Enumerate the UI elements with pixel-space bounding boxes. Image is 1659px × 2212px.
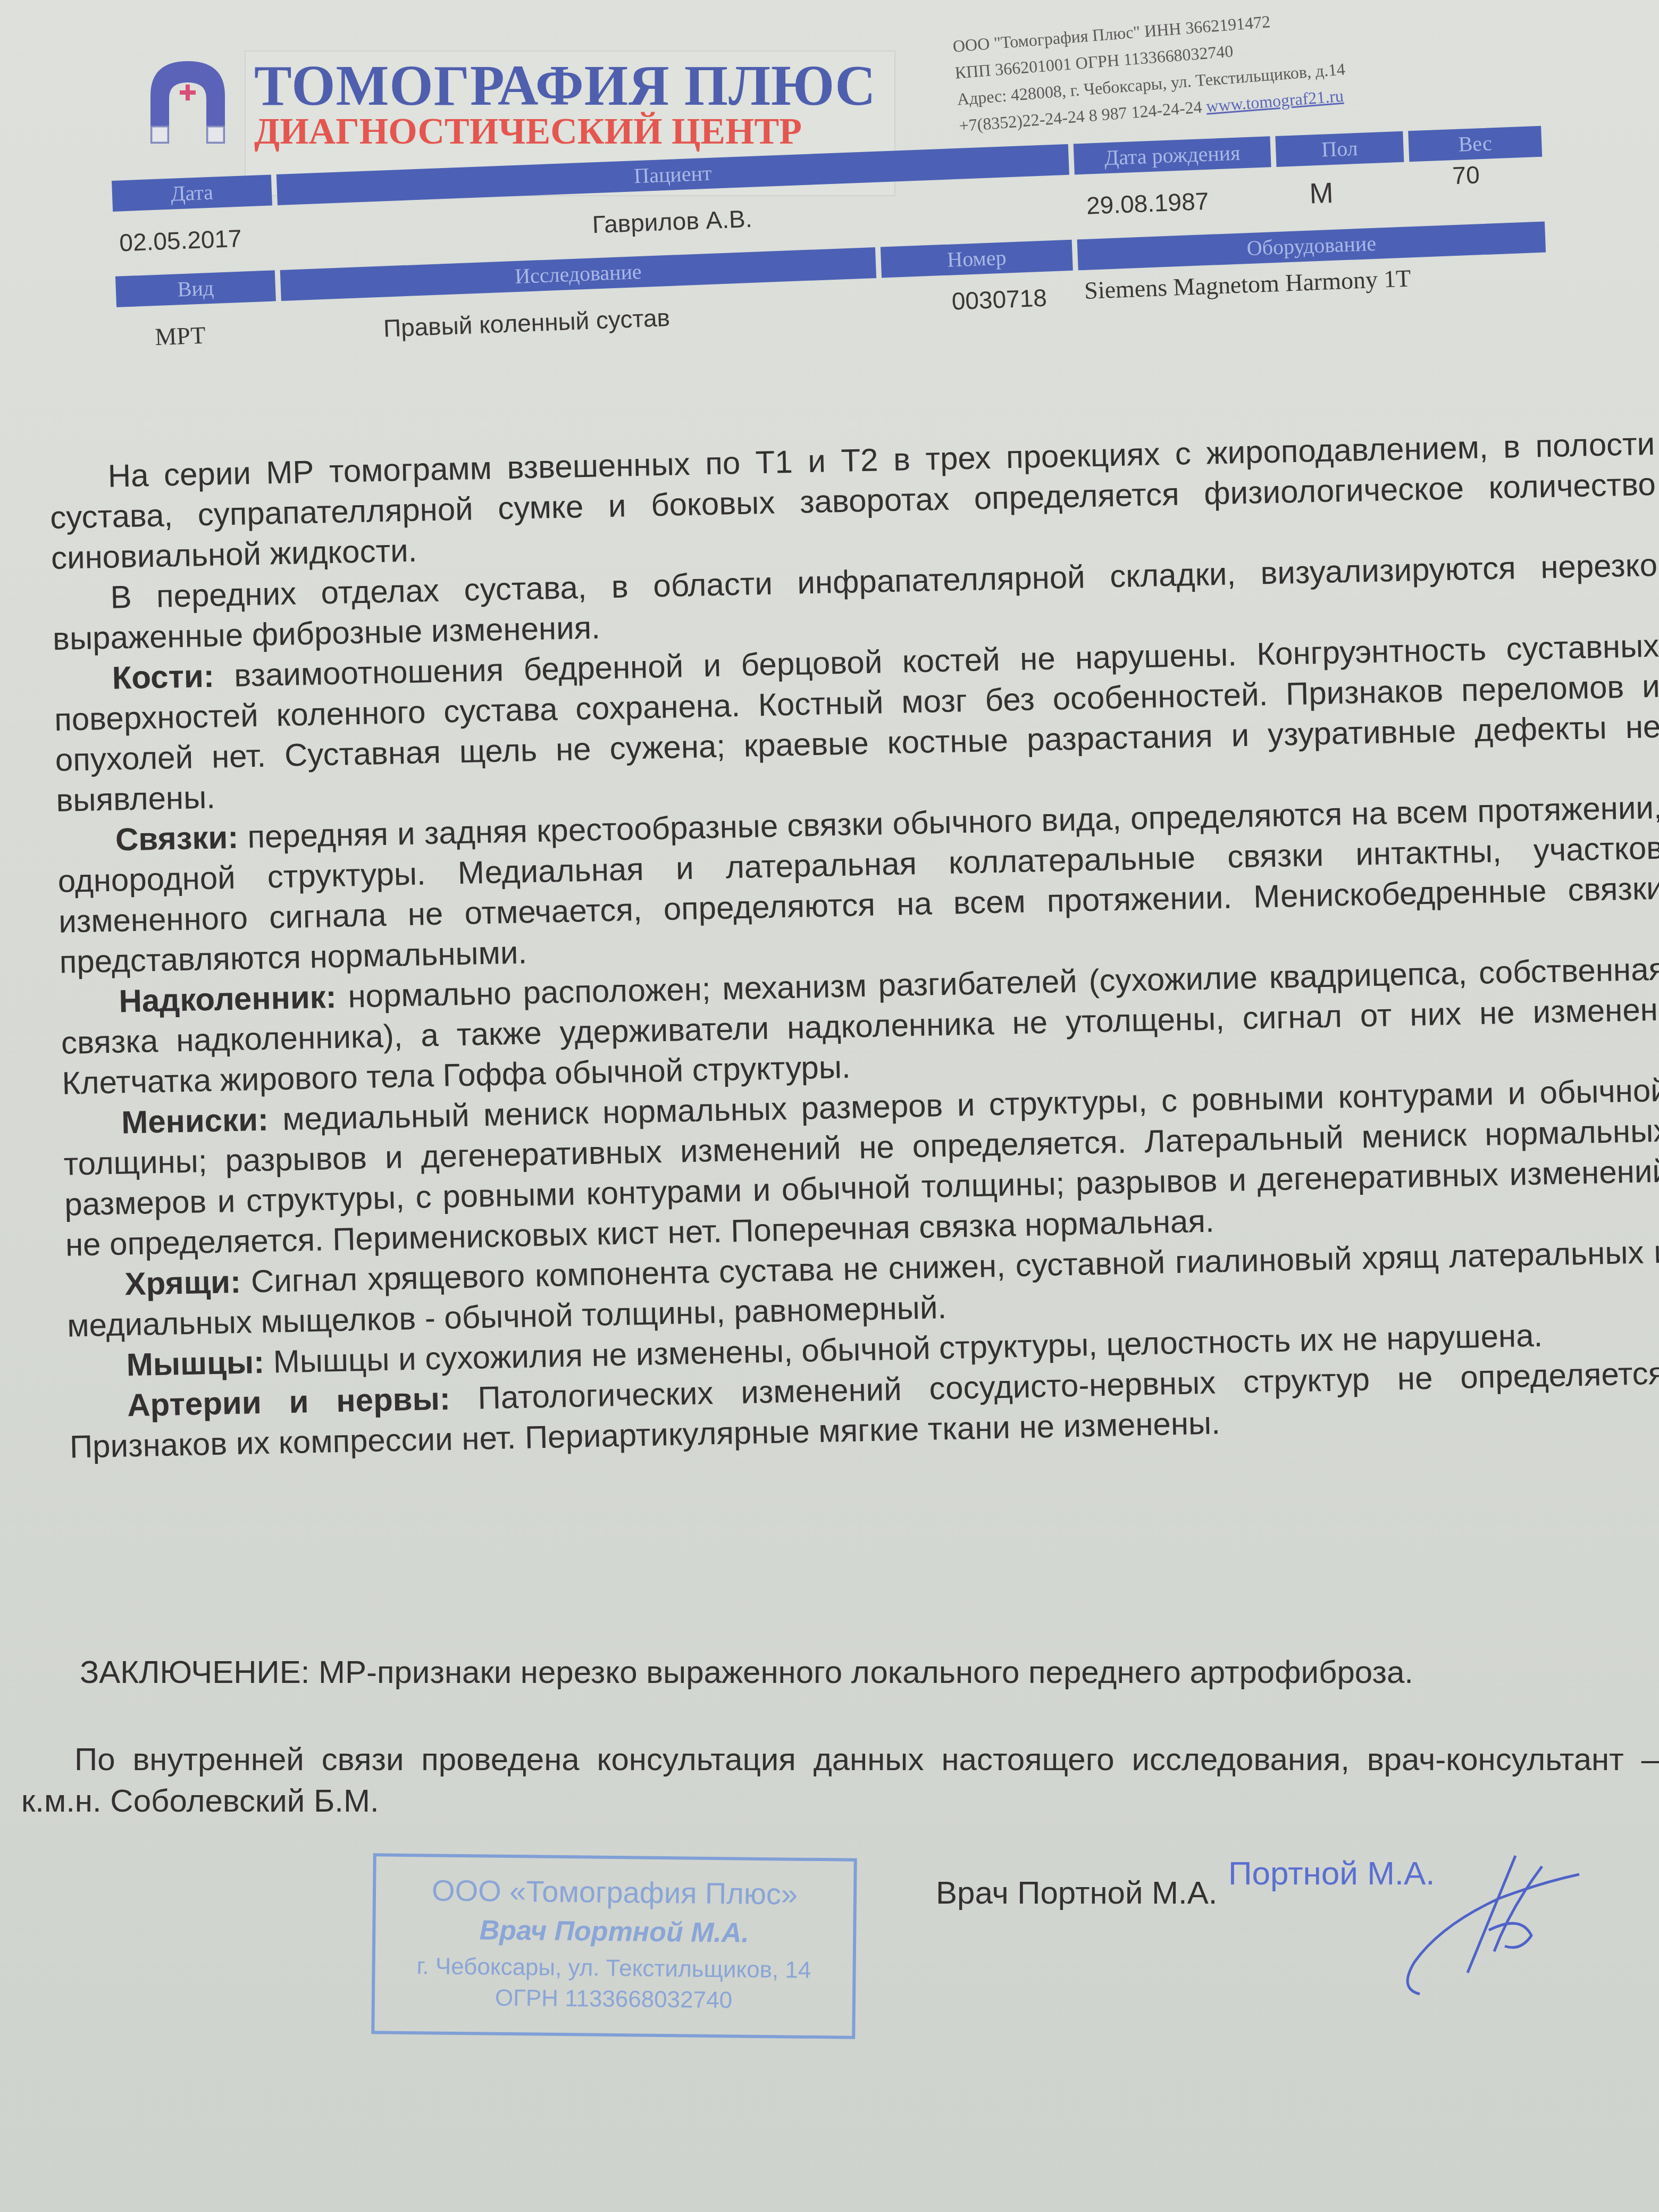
section-text: взаимоотношения бедренной и берцовой кос…	[54, 628, 1659, 818]
doctor-name-printed: Врач Портной М.А.	[936, 1874, 1217, 1911]
section-title: Артерии и нервы:	[127, 1381, 451, 1423]
header-equipment: Оборудование	[1077, 222, 1546, 271]
company-contacts: ООО "Томография Плюс" ИНН 3662191472 КПП…	[952, 0, 1522, 139]
header-weight: Вес	[1408, 126, 1542, 162]
brand-title: ТОМОГРАФИЯ ПЛЮС	[254, 53, 876, 119]
value-birth-date: 29.08.1987	[1086, 187, 1209, 220]
section-title: Хрящи:	[124, 1264, 241, 1302]
report-body: На серии МР томограмм взвешенных по Т1 и…	[49, 424, 1659, 1468]
value-equipment: Siemens Magnetom Harmony 1T	[1084, 264, 1411, 305]
value-study: Правый коленный сустав	[383, 303, 671, 343]
header-birth-date: Дата рождения	[1074, 136, 1271, 174]
consultation-note: По внутренней связи проведена консультац…	[21, 1739, 1659, 1822]
consultation-text: По внутренней связи проведена консультац…	[21, 1739, 1659, 1822]
section-bones: Кости: взаимоотношения бедренной и берцо…	[53, 626, 1659, 821]
header-type: Вид	[115, 270, 276, 307]
section-title: Надколенник:	[119, 979, 337, 1019]
section-menisci: Мениски: медиальный мениск нормальных ра…	[62, 1070, 1659, 1265]
section-text: медиальный мениск нормальных размеров и …	[63, 1072, 1659, 1262]
section-title: Кости:	[112, 658, 214, 696]
clinic-stamp: ООО «Томография Плюс» Врач Портной М.А. …	[371, 1853, 857, 2039]
stamp-ogrn: ОГРН 1133668032740	[375, 1983, 852, 2015]
header-number: Номер	[881, 240, 1073, 278]
section-ligaments: Связки: передняя и задняя крестообразные…	[56, 787, 1659, 983]
brand-subtitle: ДИАГНОСТИЧЕСКИЙ ЦЕНТР	[254, 111, 802, 153]
value-sex: М	[1309, 177, 1334, 211]
section-text: передняя и задняя крестообразные связки …	[57, 790, 1659, 980]
value-type: МРТ	[154, 321, 206, 351]
header-study: Исследование	[280, 247, 876, 301]
magnet-with-cross-icon	[137, 53, 238, 149]
header-date: Дата	[112, 174, 272, 211]
header-sex: Пол	[1275, 131, 1404, 167]
value-date: 02.05.2017	[119, 224, 242, 257]
section-title: Связки:	[115, 819, 239, 858]
value-number: 0030718	[951, 283, 1048, 316]
value-patient: Гаврилов А.В.	[592, 204, 753, 239]
conclusion: ЗАКЛЮЧЕНИЕ: МР-признаки нерезко выраженн…	[80, 1654, 1659, 1690]
stamp-company: ООО «Томография Плюс»	[376, 1872, 854, 1912]
section-title: Мышцы:	[126, 1344, 265, 1382]
value-weight: 70	[1452, 160, 1480, 190]
stamp-address: г. Чебоксары, ул. Текстильщиков, 14	[375, 1953, 852, 1984]
handwritten-signature-icon	[1382, 1845, 1606, 2005]
document-page: ТОМОГРАФИЯ ПЛЮС ДИАГНОСТИЧЕСКИЙ ЦЕНТР ОО…	[0, 0, 1659, 2212]
section-title: Мениски:	[121, 1102, 269, 1141]
stamp-doctor: Врач Портной М.А.	[375, 1913, 853, 1950]
